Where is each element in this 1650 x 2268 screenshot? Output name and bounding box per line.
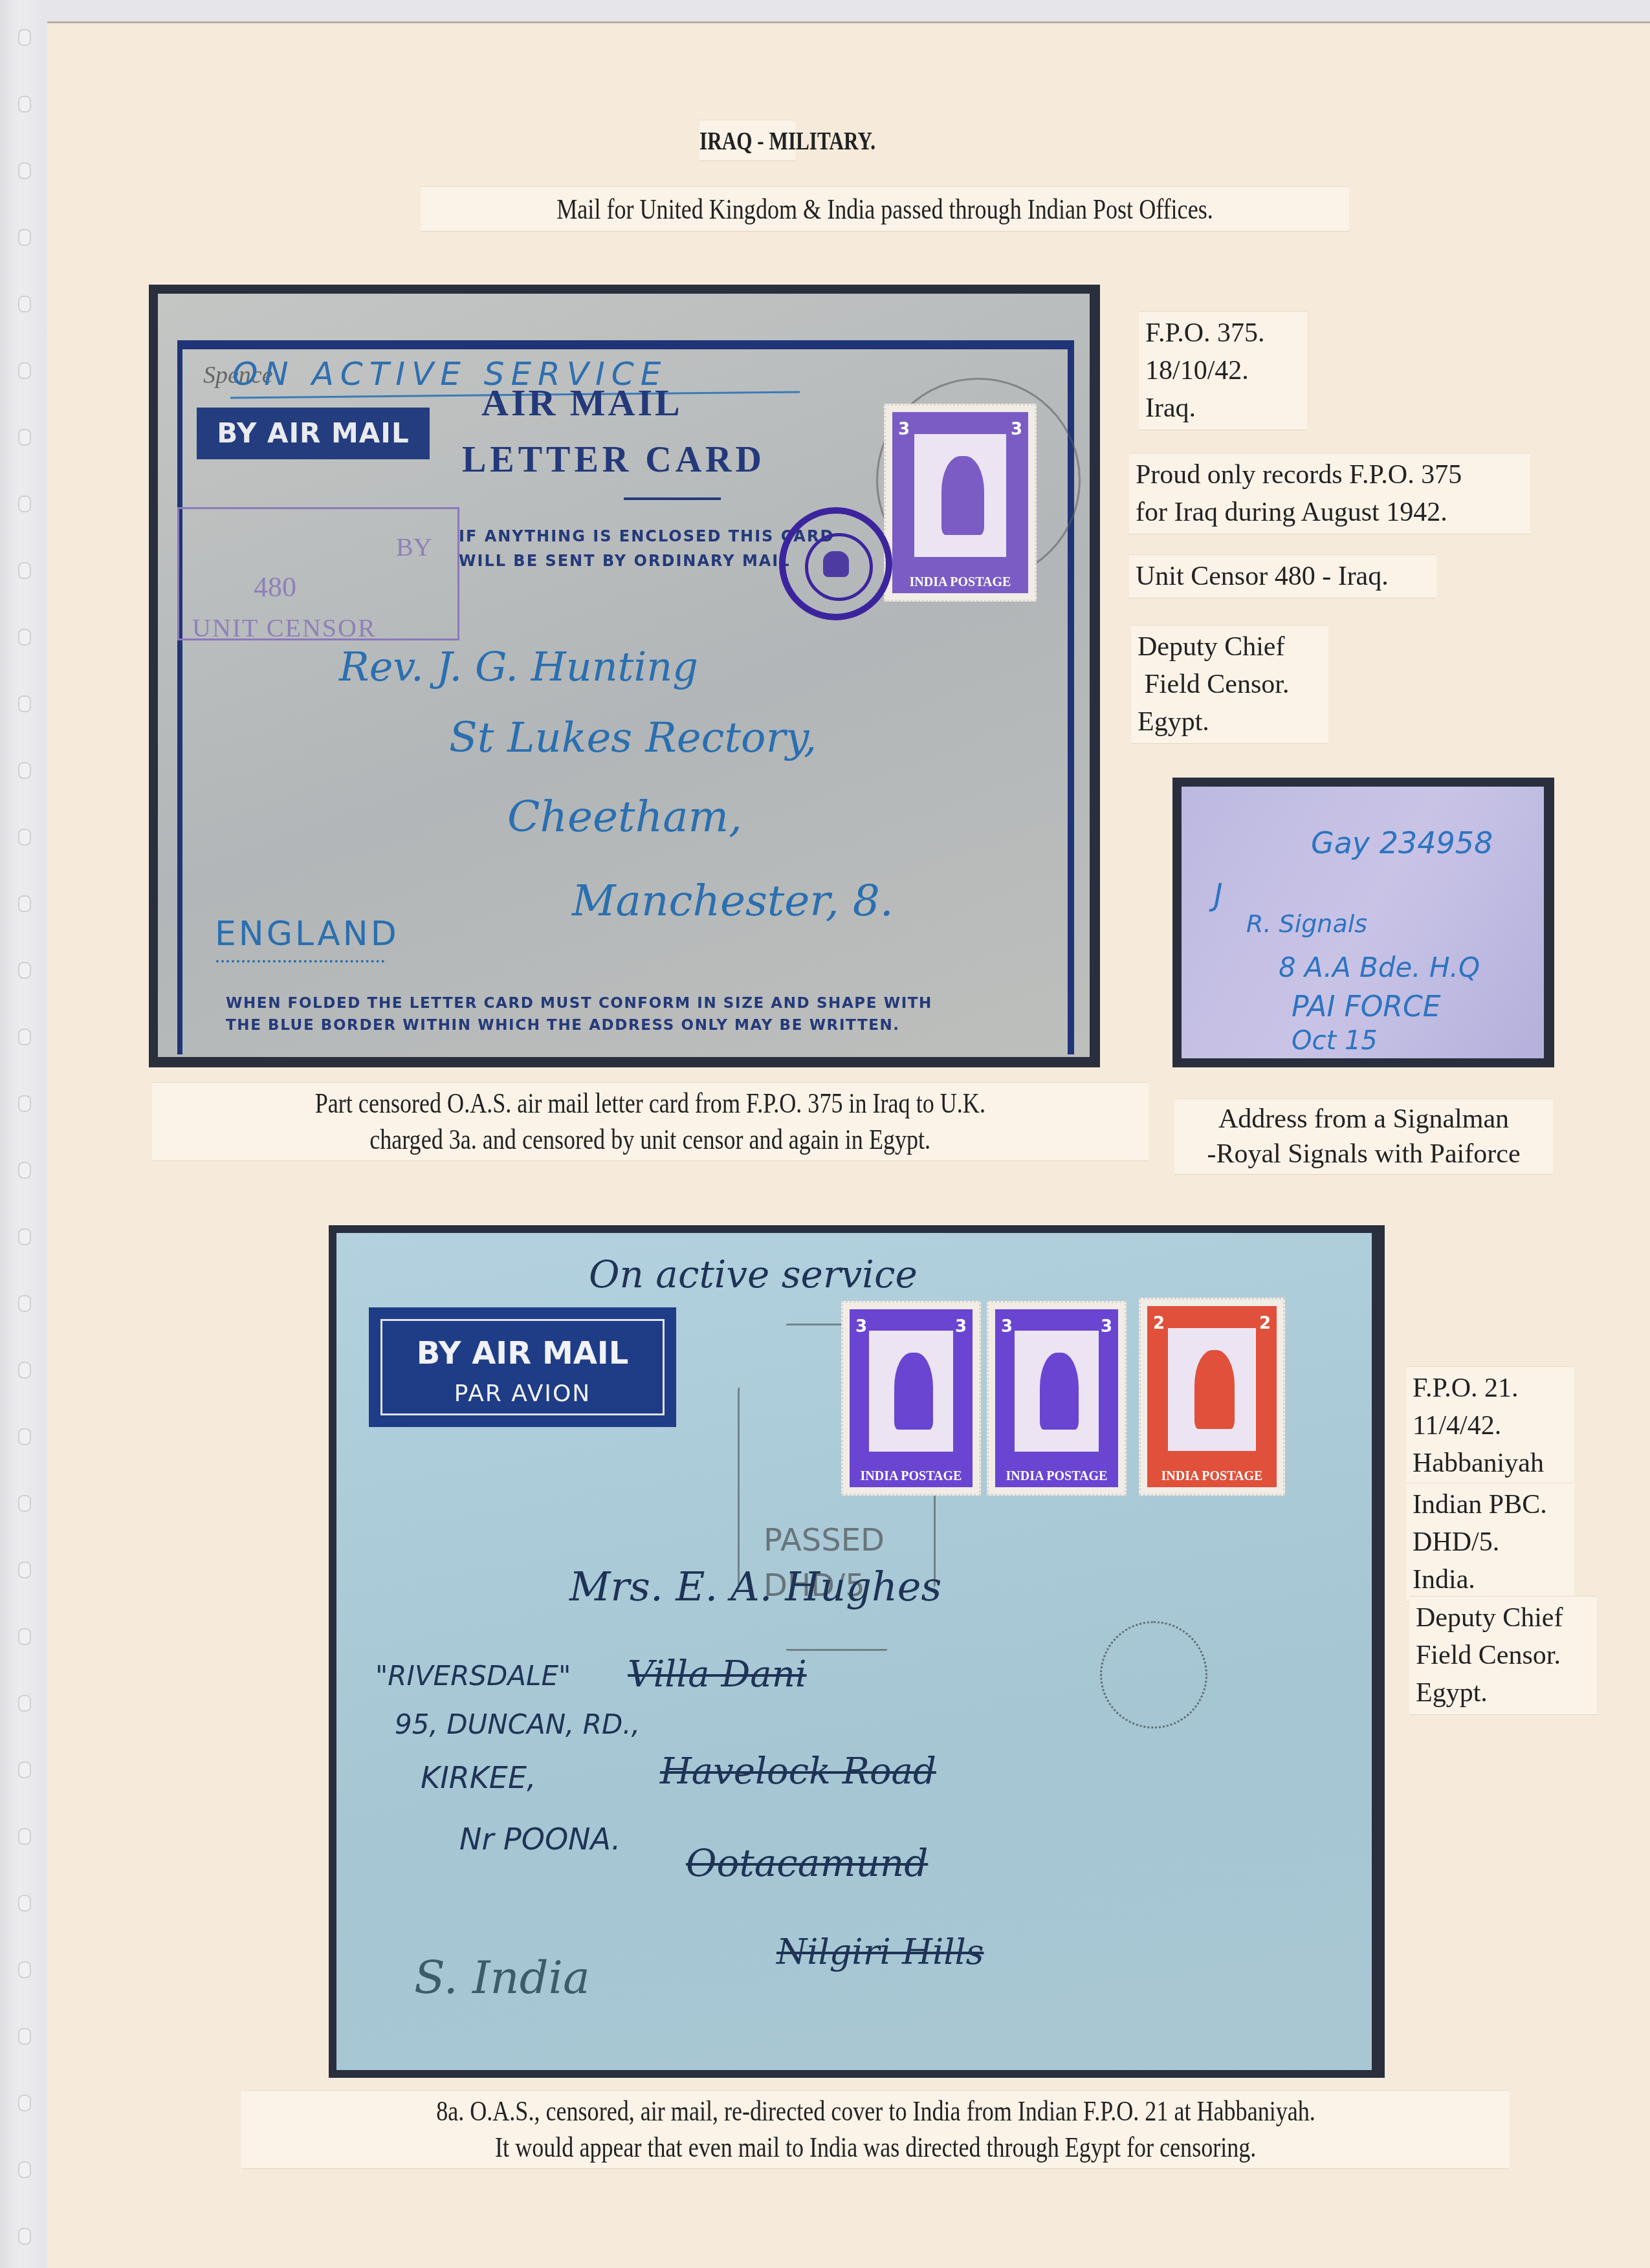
struck-address-line-2: Havelock Road: [660, 1750, 936, 1793]
divider: [624, 497, 721, 500]
binder-hole: [18, 1961, 31, 1978]
binder-hole: [18, 2095, 31, 2111]
unit-censor-stamp: BY 480 UNIT CENSOR: [177, 507, 459, 640]
crown-icon: [823, 551, 849, 577]
by-air-mail-label: BY AIR MAIL: [197, 408, 430, 459]
note-fpo-375: F.P.O. 375. 18/10/42. Iraq.: [1139, 311, 1307, 430]
enclosed-notice: IF ANYTHING IS ENCLOSED THIS CARD WILL B…: [459, 524, 834, 573]
address-line-1: "RIVERSDALE": [375, 1660, 571, 1692]
address-line-4: Manchester, 8.: [572, 876, 894, 926]
binder-holes: [18, 13, 32, 2264]
binder-hole: [18, 29, 31, 46]
binder-hole: [18, 1761, 31, 1778]
binder-hole: [18, 429, 31, 446]
address-line-4: Nr POONA.: [459, 1822, 621, 1857]
album-page: IRAQ - MILITARY. Mail for United Kingdom…: [47, 21, 1650, 2268]
binder-hole: [18, 1162, 31, 1179]
binder-hole: [18, 2228, 31, 2245]
address-line-2: 95, DUNCAN, RD.,: [395, 1708, 640, 1740]
address-line-1: Rev. J. G. Hunting: [339, 643, 698, 690]
caption-fragment: Address from a Signalman -Royal Signals …: [1174, 1098, 1553, 1175]
address-line-3: Cheetham,: [507, 792, 742, 842]
air-mail-cover: On active service BY AIR MAIL PAR AVION …: [336, 1233, 1372, 2070]
note-fpo-21: F.P.O. 21. 11/4/42. Habbaniyah: [1406, 1366, 1574, 1485]
binder-hole: [18, 629, 31, 646]
struck-address-line-3: Ootacamund: [686, 1841, 928, 1885]
on-active-service-handwritten: On active service: [589, 1252, 918, 1296]
binder-hole: [18, 562, 31, 579]
address-line-3: KIRKEE,: [421, 1760, 536, 1795]
cover-mount[interactable]: On active service BY AIR MAIL PAR AVION …: [329, 1225, 1385, 2078]
page-subtitle: Mail for United Kingdom & India passed t…: [421, 186, 1349, 232]
binder-hole: [18, 1095, 31, 1112]
binder-hole: [18, 829, 31, 845]
binder-hole: [18, 962, 31, 979]
address-line-2: St Lukes Rectory,: [449, 714, 817, 762]
underline: [216, 954, 384, 963]
destination-country: ENGLAND: [215, 915, 399, 954]
binder-hole: [18, 496, 31, 512]
binder-hole: [18, 1295, 31, 1312]
binder-hole: [18, 162, 31, 179]
king-portrait-icon: [941, 456, 984, 535]
address-fragment-mount[interactable]: Gay 234958 J R. Signals 8 A.A Bde. H.Q P…: [1172, 778, 1554, 1067]
king-portrait-icon: [894, 1353, 932, 1430]
note-proud-records: Proud only records F.P.O. 375 for Iraq d…: [1129, 453, 1530, 534]
postage-stamp-2as: 22INDIA POSTAGE: [1139, 1298, 1285, 1496]
deputy-chief-field-censor-stamp-icon: [779, 507, 892, 620]
letter-card-heading: LETTER CARD: [462, 439, 765, 481]
binder-hole: [18, 895, 31, 912]
binder-hole: [18, 695, 31, 712]
binder-hole: [18, 762, 31, 779]
air-mail-letter-card: Spence ON ACTIVE SERVICE BY AIR MAIL AIR…: [158, 294, 1090, 1057]
page-title: IRAQ - MILITARY.: [699, 120, 795, 161]
king-portrait-icon: [1194, 1350, 1235, 1429]
air-mail-heading: AIR MAIL: [481, 381, 683, 424]
binder-hole: [18, 1495, 31, 1512]
by-air-mail-label: BY AIR MAIL PAR AVION: [369, 1307, 676, 1427]
binder-hole: [18, 362, 31, 379]
binder-hole: [18, 1428, 31, 1445]
binder-hole: [18, 2028, 31, 2045]
addressee: Mrs. E. A. Hughes: [569, 1563, 941, 1610]
binder-hole: [18, 96, 31, 113]
conform-notice: WHEN FOLDED THE LETTER CARD MUST CONFORM…: [226, 992, 932, 1036]
binder-hole: [18, 1228, 31, 1245]
note-deputy-chief-censor-2: Deputy Chief Field Censor. Egypt.: [1409, 1596, 1597, 1715]
binder-hole: [18, 2161, 31, 2178]
binder-hole: [18, 1695, 31, 1712]
postage-stamp-3as: 33INDIA POSTAGE: [841, 1301, 981, 1496]
struck-address-line-4: Nilgiri Hills: [776, 1932, 984, 1972]
caption-letter-card: Part censored O.A.S. air mail letter car…: [152, 1082, 1149, 1161]
letter-card-mount[interactable]: Spence ON ACTIVE SERVICE BY AIR MAIL AIR…: [149, 285, 1100, 1067]
struck-address-line-1: Villa Dani: [628, 1653, 807, 1696]
binder-hole: [18, 229, 31, 246]
destination-country: S. India: [414, 1951, 590, 2004]
caption-cover: 8a. O.A.S., censored, air mail, re-direc…: [241, 2090, 1510, 2169]
address-fragment: Gay 234958 J R. Signals 8 A.A Bde. H.Q P…: [1182, 787, 1544, 1058]
postage-stamp-3as: 33INDIA POSTAGE: [987, 1301, 1127, 1496]
note-indian-pbc: Indian PBC. DHD/5. India.: [1406, 1483, 1574, 1602]
king-portrait-icon: [1040, 1353, 1078, 1430]
binder-hole: [18, 1362, 31, 1379]
binder-hole: [18, 296, 31, 312]
binder-hole: [18, 1562, 31, 1578]
deputy-chief-field-censor-stamp-icon: [1100, 1621, 1207, 1728]
postage-stamp-3as: 33INDIA POSTAGE: [884, 404, 1037, 602]
binder-hole: [18, 1628, 31, 1645]
binder-hole: [18, 1828, 31, 1845]
note-deputy-chief-censor: Deputy Chief Field Censor. Egypt.: [1131, 625, 1328, 744]
binder-hole: [18, 1029, 31, 1045]
binder-hole: [18, 1895, 31, 1912]
note-unit-censor: Unit Censor 480 - Iraq.: [1129, 554, 1436, 598]
